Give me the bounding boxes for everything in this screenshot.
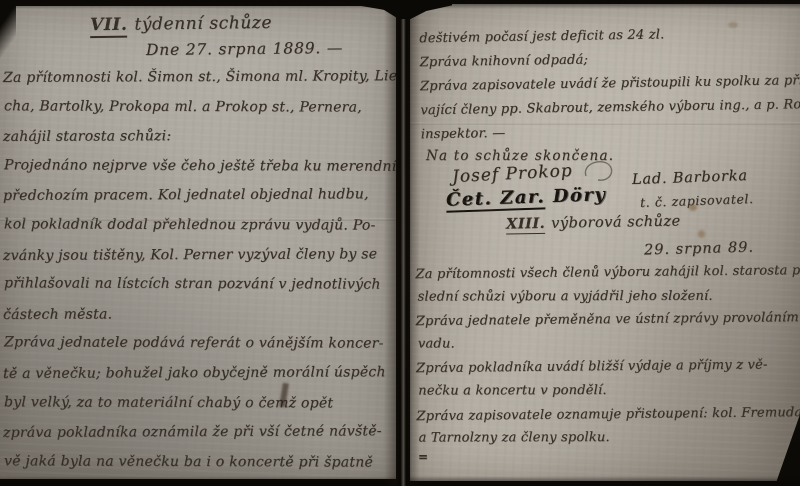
right-page-top-body: deštivém počasí jest deficit as 24 zl. Z…	[419, 21, 800, 147]
manuscript-line: cha, Bartolky, Prokopa ml. a Prokop st.,…	[4, 92, 396, 123]
signature-heavy-surname: Döry	[552, 184, 606, 207]
signature-josef-prokop: Josef Prokop	[452, 161, 574, 187]
manuscript-line: byl velký, za to materiální chabý o čemž…	[4, 388, 396, 419]
right-page-bottom-body: Za přítomnosti všech členů výboru zaháji…	[415, 260, 800, 452]
manuscript-line: Projednáno nejprve vše čeho ještě třeba …	[4, 151, 396, 182]
left-page-body: Za přítomnosti kol. Šimon st., Šimona ml…	[3, 63, 396, 477]
signature-lad-barborka: Lad. Barborka	[632, 168, 748, 188]
manuscript-line: tě a věnečku; bohužel jako obyčejně morá…	[3, 358, 396, 389]
manuscript-line: Za přítomnosti kol. Šimon st., Šimona ml…	[3, 62, 396, 93]
manuscript-line: přihlašovali na lístcích stran pozvání v…	[4, 269, 396, 300]
section-numeral: VII.	[90, 15, 128, 38]
section-title: týdenní schůze	[134, 13, 272, 35]
left-page-heading: VII.týdenní schůze	[90, 13, 272, 35]
manuscript-line: předchozím pracem. Kol jednatel objednal…	[3, 180, 396, 211]
ink-stain	[698, 230, 705, 238]
manuscript-line: zvánky jsou tištěny, Kol. Perner vyzýval…	[3, 240, 396, 271]
right-page-heading: XIII.výborová schůze	[506, 212, 681, 232]
manuscript-line: Zpráva zapisovatele oznamuje přistoupení…	[416, 400, 800, 428]
manuscript-line: Za přítomnosti všech členů výboru zaháji…	[415, 259, 800, 287]
ink-stain	[689, 204, 697, 211]
paper-crease	[0, 218, 396, 221]
manuscript-line: částech města.	[3, 299, 396, 330]
manuscript-line: slední schůzi výboru a vyjádřil jeho slo…	[418, 284, 800, 309]
manuscript-line: Zpráva pokladníka uvádí bližší výdaje a …	[416, 353, 800, 381]
section-numeral: XIII.	[506, 215, 545, 235]
manuscript-line: vě jaká byla na věnečku ba i o koncertě …	[4, 447, 396, 478]
manuscript-line: Zpráva jednatele přeměněna ve ústní zprá…	[416, 306, 800, 334]
manuscript-photo: VII.týdenní schůze Dne 27. srpna 1889. —…	[0, 0, 800, 486]
manuscript-line: vadu.	[418, 331, 800, 356]
right-page-date: 29. srpna 89.	[644, 240, 754, 259]
left-page-date: Dne 27. srpna 1889. —	[146, 39, 343, 59]
manuscript-line: kol pokladník dodal přehlednou zprávu vy…	[4, 210, 396, 241]
manuscript-line: nečku a koncertu v pondělí.	[418, 378, 800, 403]
signature-heavy-ink: Čet. Zar. Döry	[446, 184, 607, 211]
notebook-left-page: VII.týdenní schůze Dne 27. srpna 1889. —…	[0, 6, 396, 479]
manuscript-line: zahájil starosta schůzi:	[3, 121, 396, 152]
binding-gutter-shadow	[384, 0, 420, 486]
manuscript-line: a Tarnolzny za členy spolku.	[419, 426, 800, 451]
manuscript-line: zpráva pokladníka oznámila že při vší če…	[3, 417, 396, 448]
dark-corner-top-left	[0, 0, 16, 60]
paper-crease	[410, 122, 800, 125]
signature-flourish-icon	[580, 156, 622, 186]
section-title: výborová schůze	[551, 213, 681, 231]
notebook-right-page: deštivém počasí jest deficit as 24 zl. Z…	[410, 4, 800, 481]
ink-stain	[728, 22, 738, 28]
manuscript-line: Zpráva jednatele podává referát o vánějš…	[4, 329, 396, 360]
signature-heavy-prefix: Čet. Zar.	[446, 186, 546, 212]
